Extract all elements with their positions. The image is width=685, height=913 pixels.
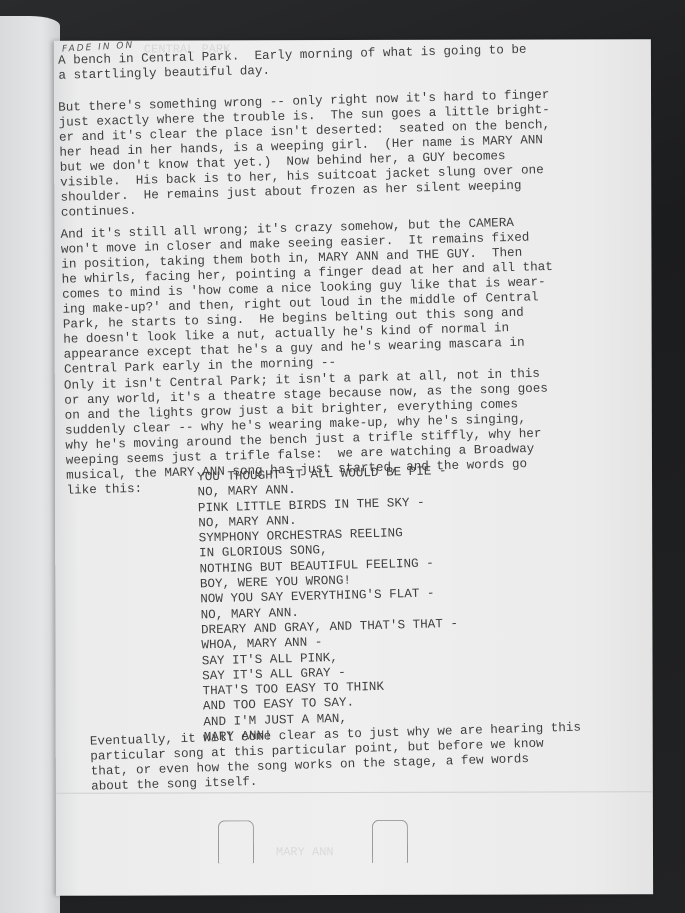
photo-scene: CENTRAL PARK FADE IN ON A bench in Centr…: [0, 0, 685, 913]
song-lyrics: YOU THOUGHT IT ALL WOULD BE PIE -NO, MAR…: [197, 464, 461, 746]
typewritten-page: CENTRAL PARK FADE IN ON A bench in Centr…: [54, 39, 653, 896]
paragraph-closing: Eventually, it will come clear as to jus…: [90, 721, 583, 795]
page-fold-line: [56, 791, 653, 794]
binding-notch-left: [218, 820, 254, 863]
binding-notch-right: [372, 820, 408, 863]
paragraph-something-wrong: But there's something wrong -- only righ…: [58, 88, 552, 221]
paragraph-camera: And it's still all wrong; it's crazy som…: [60, 215, 555, 378]
bleed-through-text: MARY ANN: [276, 845, 334, 859]
underlying-page-edge: [0, 16, 60, 913]
